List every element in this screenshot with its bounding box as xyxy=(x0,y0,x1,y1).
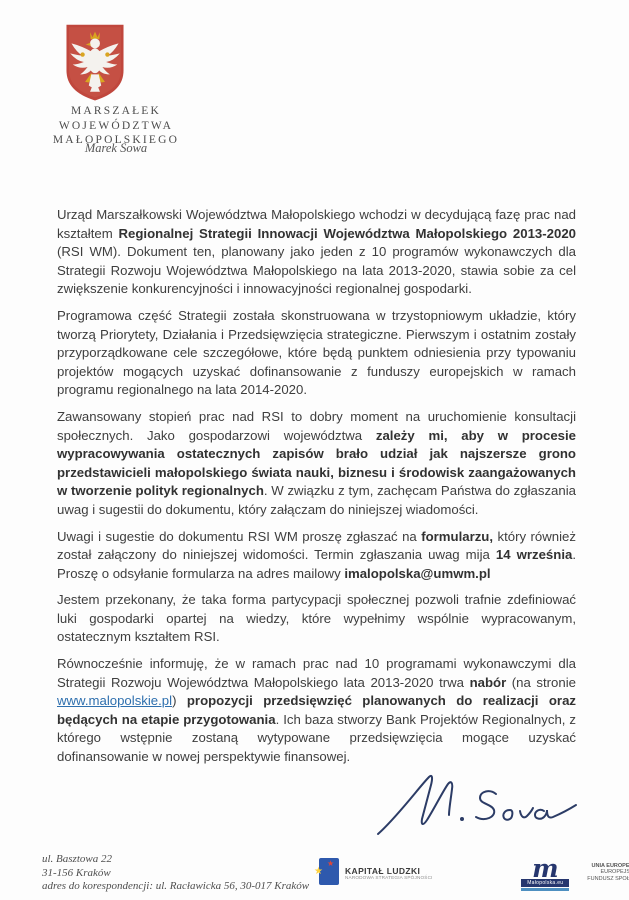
emphasized-text: Regionalnej Strategii Innowacji Wojewódz… xyxy=(119,226,577,241)
body-text: Uwagi i sugestie do dokumentu RSI WM pro… xyxy=(57,529,421,544)
kapital-ludzki-title: KAPITAŁ LUDZKI xyxy=(345,866,457,876)
emphasized-text: 14 września xyxy=(496,547,572,562)
handwritten-signature xyxy=(372,770,582,848)
eu-logo: UNIA EUROPEJSKA EUROPEJSKI FUNDUSZ SPOŁE… xyxy=(587,858,629,884)
address-line: 31-156 Kraków xyxy=(42,867,309,881)
emphasized-text: imalopolska@umwm.pl xyxy=(344,566,490,581)
emphasized-text: nabór xyxy=(470,675,507,690)
paragraph: Jestem przekonany, że taka forma partycy… xyxy=(57,591,576,647)
kapital-ludzki-logo: ★ ★ KAPITAŁ LUDZKI NARODOWA STRATEGIA SP… xyxy=(319,858,457,885)
red-star-icon: ★ xyxy=(327,860,334,868)
kapital-ludzki-flag-icon: ★ ★ xyxy=(319,858,339,885)
paragraph: Programowa część Strategii została skons… xyxy=(57,307,576,400)
kapital-ludzki-subtitle: NARODOWA STRATEGIA SPÓJNOŚCI xyxy=(345,876,433,881)
yellow-star-icon: ★ xyxy=(314,867,323,877)
body-text: (RSI WM). Dokument ten, planowany jako j… xyxy=(57,244,576,296)
sender-person-name: Marek Sowa xyxy=(34,141,198,156)
malopolska-underline xyxy=(521,888,569,891)
body-text: (na stronie xyxy=(506,675,576,690)
org-line: WOJEWÓDZTWA xyxy=(34,119,198,134)
eu-text-line: FUNDUSZ SPOŁECZNY xyxy=(587,876,629,883)
body-text: Programowa część Strategii została skons… xyxy=(57,308,576,397)
malopolska-m-icon: m xyxy=(521,858,569,879)
body-text: Jestem przekonany, że taka forma partycy… xyxy=(57,592,576,644)
address-line: adres do korespondencji: ul. Racławicka … xyxy=(42,880,309,894)
paragraph: Uwagi i sugestie do dokumentu RSI WM pro… xyxy=(57,528,576,584)
malopolska-banner: Małopolska.eu xyxy=(521,879,569,887)
paragraph: Zawansowany stopień prac nad RSI to dobr… xyxy=(57,408,576,520)
address-line: ul. Basztowa 22 xyxy=(42,853,309,867)
paragraph: Urząd Marszałkowski Województwa Małopols… xyxy=(57,206,576,299)
malopolska-coat-of-arms-icon xyxy=(64,22,126,102)
org-line: MARSZAŁEK xyxy=(34,104,198,119)
footer-logos: ★ ★ KAPITAŁ LUDZKI NARODOWA STRATEGIA SP… xyxy=(319,858,629,891)
body-text: ) xyxy=(172,693,187,708)
scanned-letter-page: MARSZAŁEK WOJEWÓDZTWA MAŁOPOLSKIEGO Mare… xyxy=(0,0,629,900)
malopolska-logo: m Małopolska.eu xyxy=(521,858,569,891)
letter-body: Urząd Marszałkowski Województwa Małopols… xyxy=(57,206,576,775)
link-malopolskie-pl[interactable]: www.malopolskie.pl xyxy=(57,693,172,708)
footer-address: ul. Basztowa 22 31-156 Kraków adres do k… xyxy=(42,853,309,894)
emphasized-text: formularzu, xyxy=(421,529,493,544)
paragraph: Równocześnie informuję, że w ramach prac… xyxy=(57,655,576,767)
